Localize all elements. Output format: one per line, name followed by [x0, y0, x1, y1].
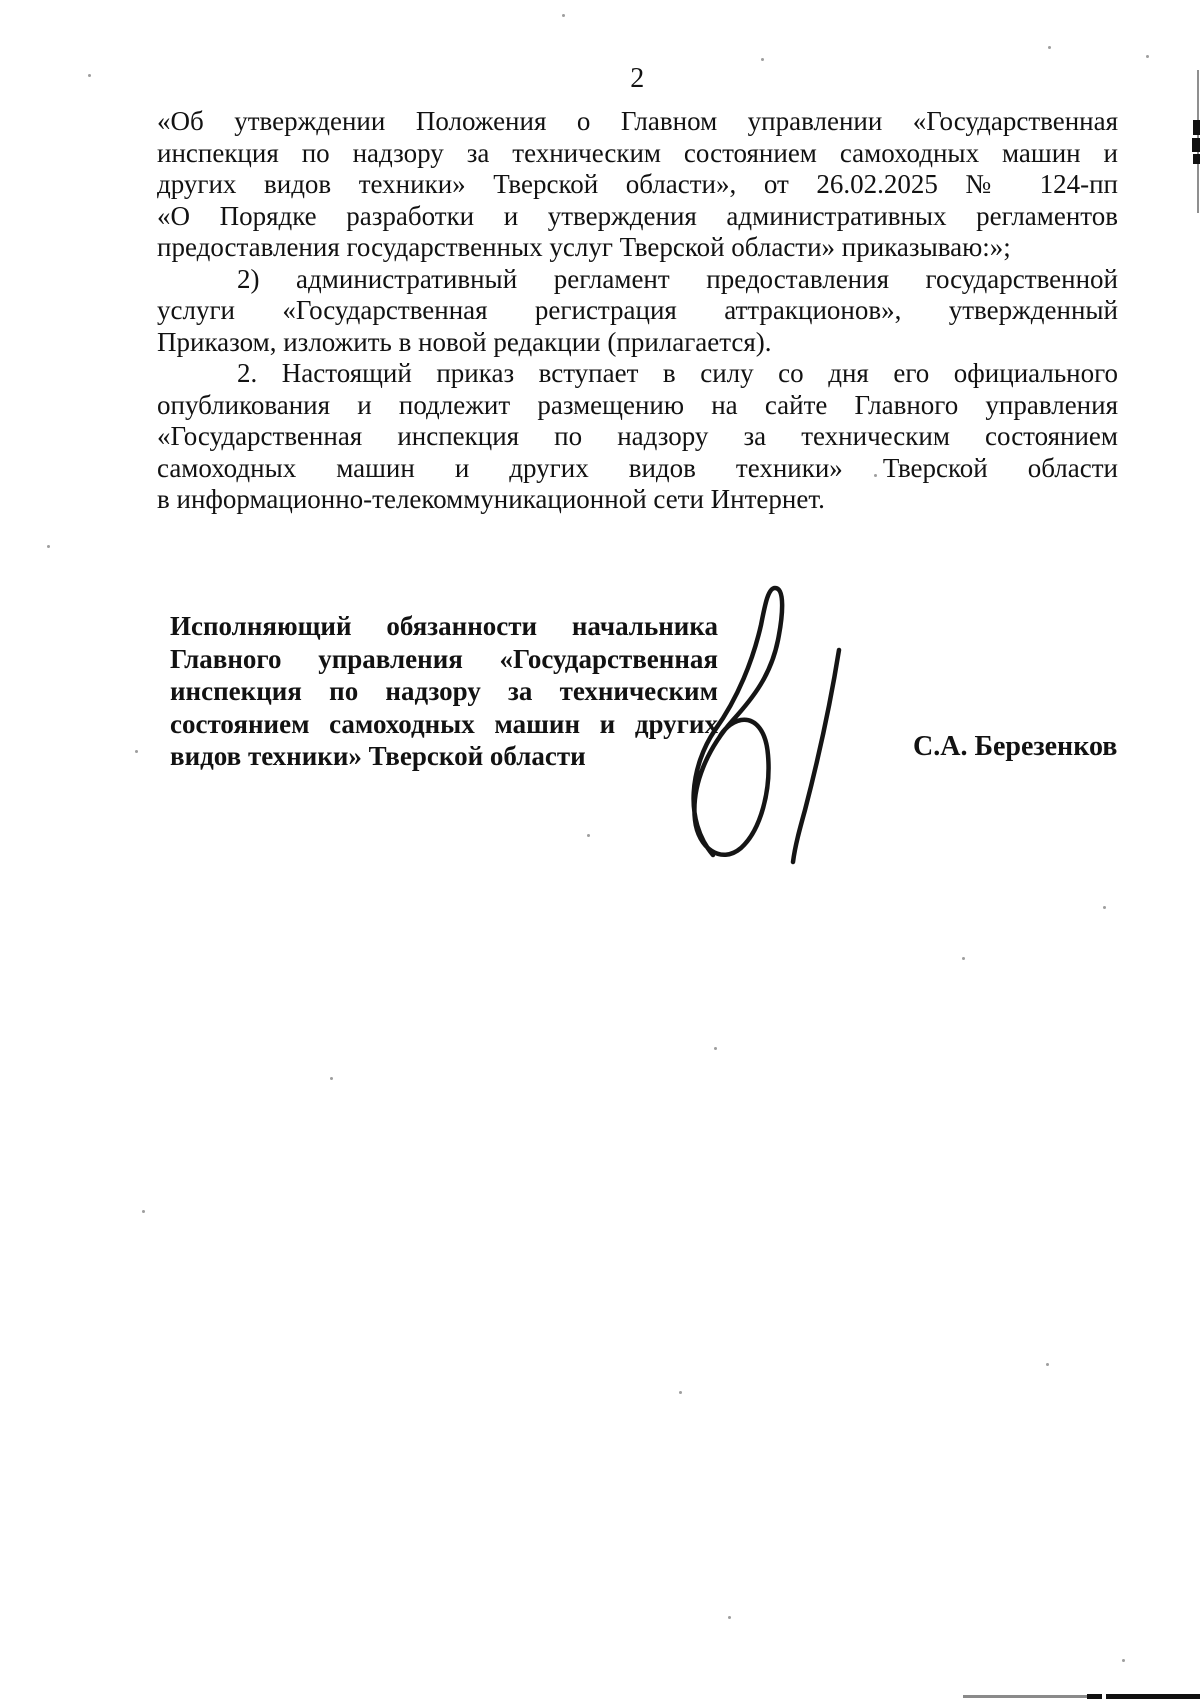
scan-bottom-bar-artifact	[1087, 1694, 1102, 1699]
scan-speck	[587, 834, 590, 837]
body-line: предоставления государственных услуг Тве…	[157, 232, 1118, 264]
body-line: опубликования и подлежит размещению на с…	[157, 390, 1118, 422]
body-line: в информационно-телекоммуникационной сет…	[157, 484, 1118, 516]
body-line: Приказом, изложить в новой редакции (при…	[157, 327, 1118, 359]
body-line: других видов техники» Тверской области»,…	[157, 169, 1118, 201]
scan-speck	[142, 1210, 145, 1213]
body-line: 2) административный регламент предоставл…	[157, 264, 1118, 296]
scan-speck	[1122, 1659, 1125, 1662]
scan-speck	[1046, 1363, 1049, 1366]
scan-bottom-bar-artifact	[1106, 1694, 1200, 1699]
body-line: услуги «Государственная регистрация аттр…	[157, 295, 1118, 327]
scan-speck	[135, 750, 138, 753]
scan-speck	[962, 957, 965, 960]
document-body: «Об утверждении Положения о Главном упра…	[157, 106, 1118, 516]
page-number: 2	[157, 63, 1118, 95]
scan-speck	[874, 474, 877, 477]
body-line: «Государственная инспекция по надзору за…	[157, 421, 1118, 453]
signoff-title-line: Исполняющий обязанности начальника	[170, 610, 718, 643]
signoff-title-line: инспекция по надзору за техническим	[170, 675, 718, 708]
scan-speck	[1146, 55, 1149, 58]
scan-speck	[1103, 906, 1106, 909]
body-line: самоходных машин и других видов техники»…	[157, 453, 1118, 485]
body-line: инспекция по надзору за техническим сост…	[157, 138, 1118, 170]
scan-speck	[679, 1391, 682, 1394]
scan-edge-artifact	[1193, 120, 1200, 135]
scan-speck	[330, 1077, 333, 1080]
signoff-title-block: Исполняющий обязанности начальника Главн…	[170, 610, 718, 773]
scan-speck	[88, 74, 91, 77]
scan-speck	[761, 58, 764, 61]
scan-speck	[47, 545, 50, 548]
scan-speck	[562, 14, 565, 17]
signoff-name: С.А. Березенков	[913, 731, 1117, 763]
signoff-title-line: видов техники» Тверской области	[170, 740, 718, 773]
scanned-document-page: 2 «Об утверждении Положения о Главном уп…	[0, 0, 1200, 1700]
scan-speck	[714, 1047, 717, 1050]
body-line: 2. Настоящий приказ вступает в силу со д…	[157, 358, 1118, 390]
scan-bottom-bar-artifact	[963, 1695, 1087, 1698]
scan-speck	[728, 1616, 731, 1619]
body-line: «О Порядке разработки и утверждения адми…	[157, 201, 1118, 233]
scan-speck	[1048, 46, 1051, 49]
signoff-title-line: Главного управления «Государственная	[170, 643, 718, 676]
body-line: «Об утверждении Положения о Главном упра…	[157, 106, 1118, 138]
signoff-title-line: состоянием самоходных машин и других	[170, 708, 718, 741]
handwritten-signature-icon	[653, 580, 853, 872]
scan-edge-artifact	[1192, 138, 1200, 152]
scan-edge-artifact	[1193, 154, 1200, 164]
